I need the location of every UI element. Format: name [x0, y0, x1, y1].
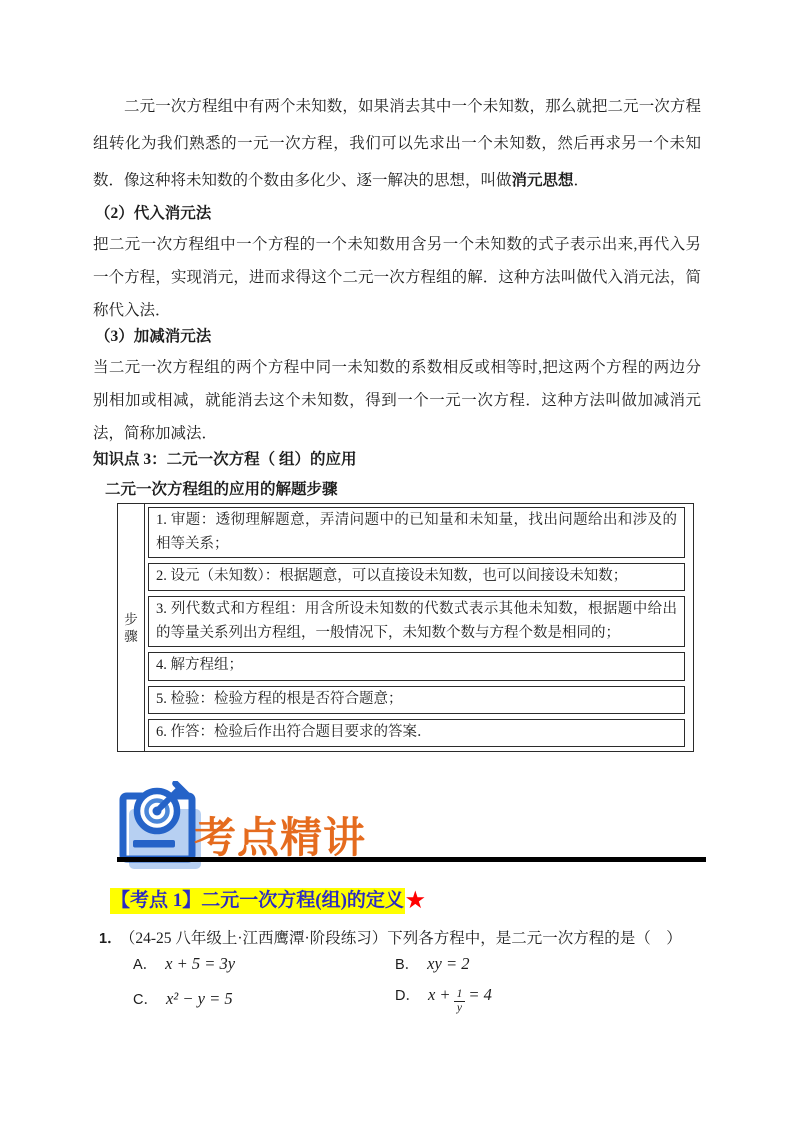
option-d-post: = 4	[468, 985, 492, 1004]
option-d-pre: x +	[428, 985, 451, 1004]
steps-table: 步骤 1. 审题：透彻理解题意，弄清问题中的已知量和未知量，找出问题给出和涉及的…	[117, 503, 694, 752]
topic-1-title: 二元一次方程(组)的定义	[201, 890, 404, 911]
option-a-label: A．	[133, 957, 157, 973]
question-1-stem: 下列各方程中，是二元一次方程的是（ ）	[387, 930, 682, 947]
step-5-cell: 5. 检验：检验方程的根是否符合题意；	[148, 686, 685, 714]
step-6-cell: 6. 作答：检验后作出符合题目要求的答案．	[148, 719, 685, 747]
knowledge-point-3-title: 知识点 3：二元一次方程（ 组）的应用	[93, 450, 357, 470]
heading-add-subtract-method: （3）加减消元法	[95, 327, 211, 347]
option-d: D．x +1y= 4	[395, 984, 492, 1015]
option-b-formula: xy = 2	[427, 954, 469, 973]
intro-bold-term: 消元思想	[512, 172, 574, 189]
paragraph-elimination-idea: 二元一次方程组中有两个未知数，如果消去其中一个未知数，那么就把二元一次方程组转化…	[93, 88, 701, 199]
document-page: 二元一次方程组中有两个未知数，如果消去其中一个未知数，那么就把二元一次方程组转化…	[0, 0, 793, 1122]
question-1-source: （24-25 八年级上·江西鹰潭·阶段练习）	[128, 930, 388, 947]
step-1-cell: 1. 审题：透彻理解题意，弄清问题中的已知量和未知量，找出问题给出和涉及的相等关…	[148, 507, 685, 558]
option-c-formula: x² − y = 5	[166, 989, 233, 1008]
option-d-label: D．	[395, 988, 420, 1004]
question-1-number: 1．	[99, 931, 122, 947]
heading-substitution-method: （2）代入消元法	[95, 204, 211, 224]
target-dart-clipboard-icon	[112, 781, 207, 878]
star-icon: ★	[406, 888, 425, 912]
option-d-fraction: 1y	[454, 989, 466, 1015]
intro-lead-text: 二元一次方程组中有两个未知数，如果消去其中一个未知数，那么就把二元一次方程组转化…	[93, 98, 701, 189]
step-3-cell: 3. 列代数式和方程组：用含所设未知数的代数式表示其他未知数，根据题中给出的等量…	[148, 596, 685, 647]
topic-1-bracket: 【考点 1】	[111, 890, 201, 911]
topic-1-heading: 【考点 1】二元一次方程(组)的定义★	[110, 886, 425, 915]
steps-boxes: 1. 审题：透彻理解题意，弄清问题中的已知量和未知量，找出问题给出和涉及的相等关…	[145, 504, 693, 751]
intro-period: ．	[574, 172, 590, 189]
option-a: A．x + 5 = 3y	[133, 953, 235, 974]
option-a-formula: x + 5 = 3y	[165, 954, 235, 973]
divider-line	[117, 857, 706, 862]
steps-row-header-text: 步骤	[124, 611, 138, 645]
section-title: 考点精讲	[194, 816, 366, 862]
steps-row-header: 步骤	[118, 504, 145, 751]
option-c-label: C．	[133, 992, 158, 1008]
option-c: C．x² − y = 5	[133, 988, 233, 1009]
option-b: B．xy = 2	[395, 953, 469, 974]
option-d-denominator: y	[454, 1002, 466, 1015]
option-b-label: B．	[395, 957, 419, 973]
option-d-formula: x +1y= 4	[428, 985, 492, 1004]
steps-subtitle: 二元一次方程组的应用的解题步骤	[105, 480, 338, 500]
paragraph-add-subtract-method: 当二元一次方程组的两个方程中同一未知数的系数相反或相等时,把这两个方程的两边分别…	[93, 351, 701, 450]
paragraph-substitution-method: 把二元一次方程组中一个方程的一个未知数用含另一个未知数的式子表示出来,再代入另一…	[93, 228, 701, 327]
step-2-cell: 2. 设元（未知数）：根据题意，可以直接设未知数，也可以间接设未知数；	[148, 563, 685, 591]
option-d-numerator: 1	[454, 989, 466, 1003]
topic-1-highlight: 【考点 1】二元一次方程(组)的定义	[110, 888, 405, 914]
question-1-options: A．x + 5 = 3y B．xy = 2 C．x² − y = 5 D．x +…	[0, 948, 793, 1028]
icon-text-bar	[133, 840, 175, 848]
step-4-cell: 4. 解方程组；	[148, 652, 685, 680]
